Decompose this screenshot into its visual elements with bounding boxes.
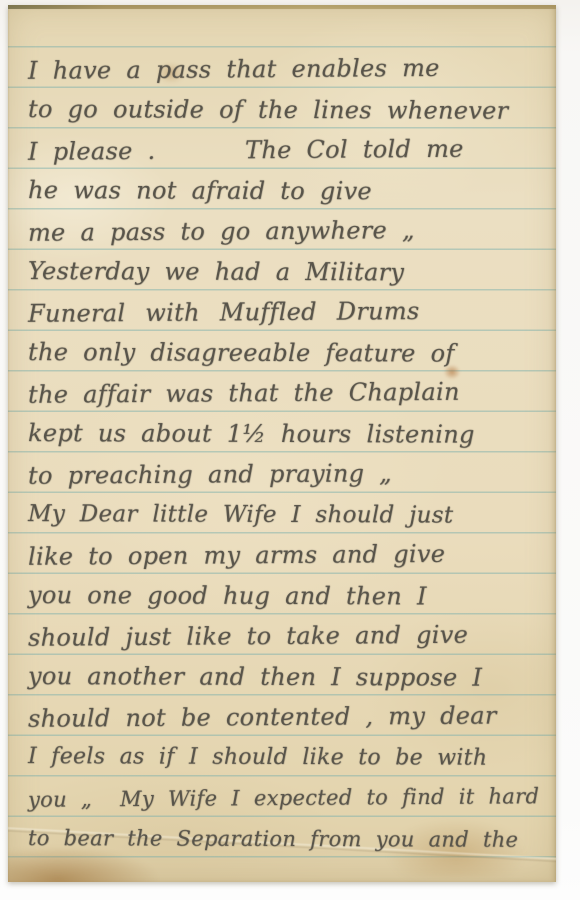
handwritten-line: to go outside of the lines whenever	[28, 89, 550, 131]
handwritten-line: you „ My Wife I expected to find it hard	[28, 776, 550, 820]
paper-top-edge	[8, 5, 556, 9]
handwritten-line: I feels as if I should like to be with	[28, 737, 550, 779]
handwritten-line: kept us about 1½ hours listening	[28, 413, 550, 455]
handwritten-line: should not be contented , my dear	[28, 695, 550, 739]
handwritten-line: the affair was that the Chaplain	[28, 371, 550, 415]
handwritten-text-block: I have a pass that enables me to go outs…	[28, 49, 550, 859]
handwritten-line: Yesterday we had a Military	[28, 251, 550, 293]
handwritten-line: should just like to take and give	[28, 614, 550, 658]
handwritten-line: to preaching and praying „	[28, 452, 550, 496]
letter-page: I have a pass that enables me to go outs…	[8, 5, 556, 882]
handwritten-line: the only disagreeable feature of	[28, 332, 550, 374]
handwritten-line: like to open my arms and give	[28, 533, 550, 577]
scan-background: I have a pass that enables me to go outs…	[0, 0, 580, 900]
handwritten-line: he was not afraid to give	[28, 170, 550, 212]
handwritten-line: I have a pass that enables me	[28, 47, 550, 91]
handwritten-line: Funeral with Muffled Drums	[28, 290, 550, 334]
handwritten-line: you one good hug and then I	[28, 575, 550, 617]
handwritten-line: to bear the Separation from you and the	[28, 818, 550, 860]
handwritten-line: you another and then I suppose I	[28, 656, 550, 698]
handwritten-line: I please . The Col told me	[28, 128, 550, 172]
handwritten-line: me a pass to go anywhere „	[28, 209, 550, 253]
handwritten-line: My Dear little Wife I should just	[28, 494, 550, 536]
